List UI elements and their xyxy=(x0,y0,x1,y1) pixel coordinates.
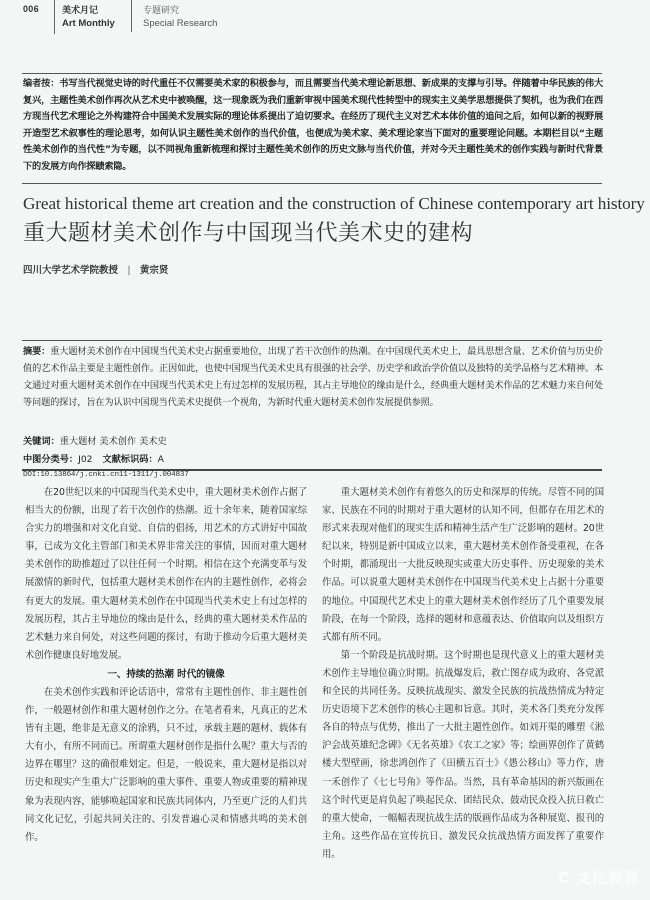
article-title-en: Great historical theme art creation and … xyxy=(23,194,623,214)
body-paragraph: 在美术创作实践和评论话语中，常常有主题性创作、非主题性创作，一般题材创作和重大题… xyxy=(25,684,307,847)
magazine-name: 美术月记 Art Monthly xyxy=(62,4,115,30)
magazine-name-cn: 美术月记 xyxy=(62,4,115,17)
header-divider xyxy=(131,0,132,32)
keywords-label: 关键词： xyxy=(23,436,60,447)
keywords: 关键词：重大题材 美术创作 美术史 xyxy=(23,433,167,447)
classification: 中图分类号：J02文献标识码：A xyxy=(23,451,164,465)
abstract: 摘要：重大题材美术创作在中国现当代美术史占据重要地位，出现了若干次创作的热潮。在… xyxy=(23,343,603,411)
body-paragraph: 第一个阶段是抗战时期。这个时期也是现代意义上的重大题材美术创作主导地位确立时期。… xyxy=(322,647,604,864)
doc-code-label: 文献标识码： xyxy=(103,454,158,465)
body-column-right: 重大题材美术创作有着悠久的历史和深厚的传统。尽管不同的国家、民族在不同的时期对于… xyxy=(322,484,604,864)
body-paragraph: 在20世纪以来的中国现当代美术史中，重大题材美术创作占据了相当大的份额，出现了若… xyxy=(25,484,307,665)
author-name: 黄宗贤 xyxy=(140,265,169,276)
article-title-cn: 重大题材美术创作与中国现当代美术史的建构 xyxy=(23,216,473,247)
byline: 四川大学艺术学院教授 | 黄宗贤 xyxy=(23,262,168,276)
section-name: 专题研究 Special Research xyxy=(143,4,217,30)
body-paragraph: 重大题材美术创作有着悠久的历史和深厚的传统。尽管不同的国家、民族在不同的时期对于… xyxy=(322,484,604,647)
divider-rule xyxy=(22,183,602,184)
editor-note-label: 编者按： xyxy=(23,78,59,89)
divider-rule xyxy=(22,73,602,74)
clc-value: J02 xyxy=(78,454,92,465)
author-affiliation: 四川大学艺术学院教授 xyxy=(23,265,118,276)
doc-code-value: A xyxy=(158,454,164,465)
section-heading: 一、持续的热潮 时代的镜像 xyxy=(25,666,307,684)
doi: DOI:10.13864/j.cnki.cn11-1311/j.004837 xyxy=(23,471,189,479)
abstract-text: 重大题材美术创作在中国现当代美术史占据重要地位，出现了若干次创作的热潮。在中国现… xyxy=(23,346,603,408)
watermark-logo: C 文化视界 xyxy=(558,867,640,888)
abstract-label: 摘要： xyxy=(23,346,50,357)
magazine-name-en: Art Monthly xyxy=(62,17,115,30)
section-name-en: Special Research xyxy=(143,17,217,30)
section-name-cn: 专题研究 xyxy=(143,4,217,17)
clc-label: 中图分类号： xyxy=(23,454,78,465)
divider-rule xyxy=(22,340,602,341)
editor-note-text: 书写当代视觉史诗的时代重任不仅需要美术家的积极参与，而且需要当代美术理论新思想、… xyxy=(23,78,603,172)
body-column-left: 在20世纪以来的中国现当代美术史中，重大题材美术创作占据了相当大的份额，出现了若… xyxy=(25,484,307,847)
editor-note: 编者按：书写当代视觉史诗的时代重任不仅需要美术家的积极参与，而且需要当代美术理论… xyxy=(23,76,603,175)
byline-separator: | xyxy=(127,265,130,276)
keywords-text: 重大题材 美术创作 美术史 xyxy=(60,436,167,447)
header-divider xyxy=(54,0,55,34)
page-number: 006 xyxy=(23,4,39,14)
